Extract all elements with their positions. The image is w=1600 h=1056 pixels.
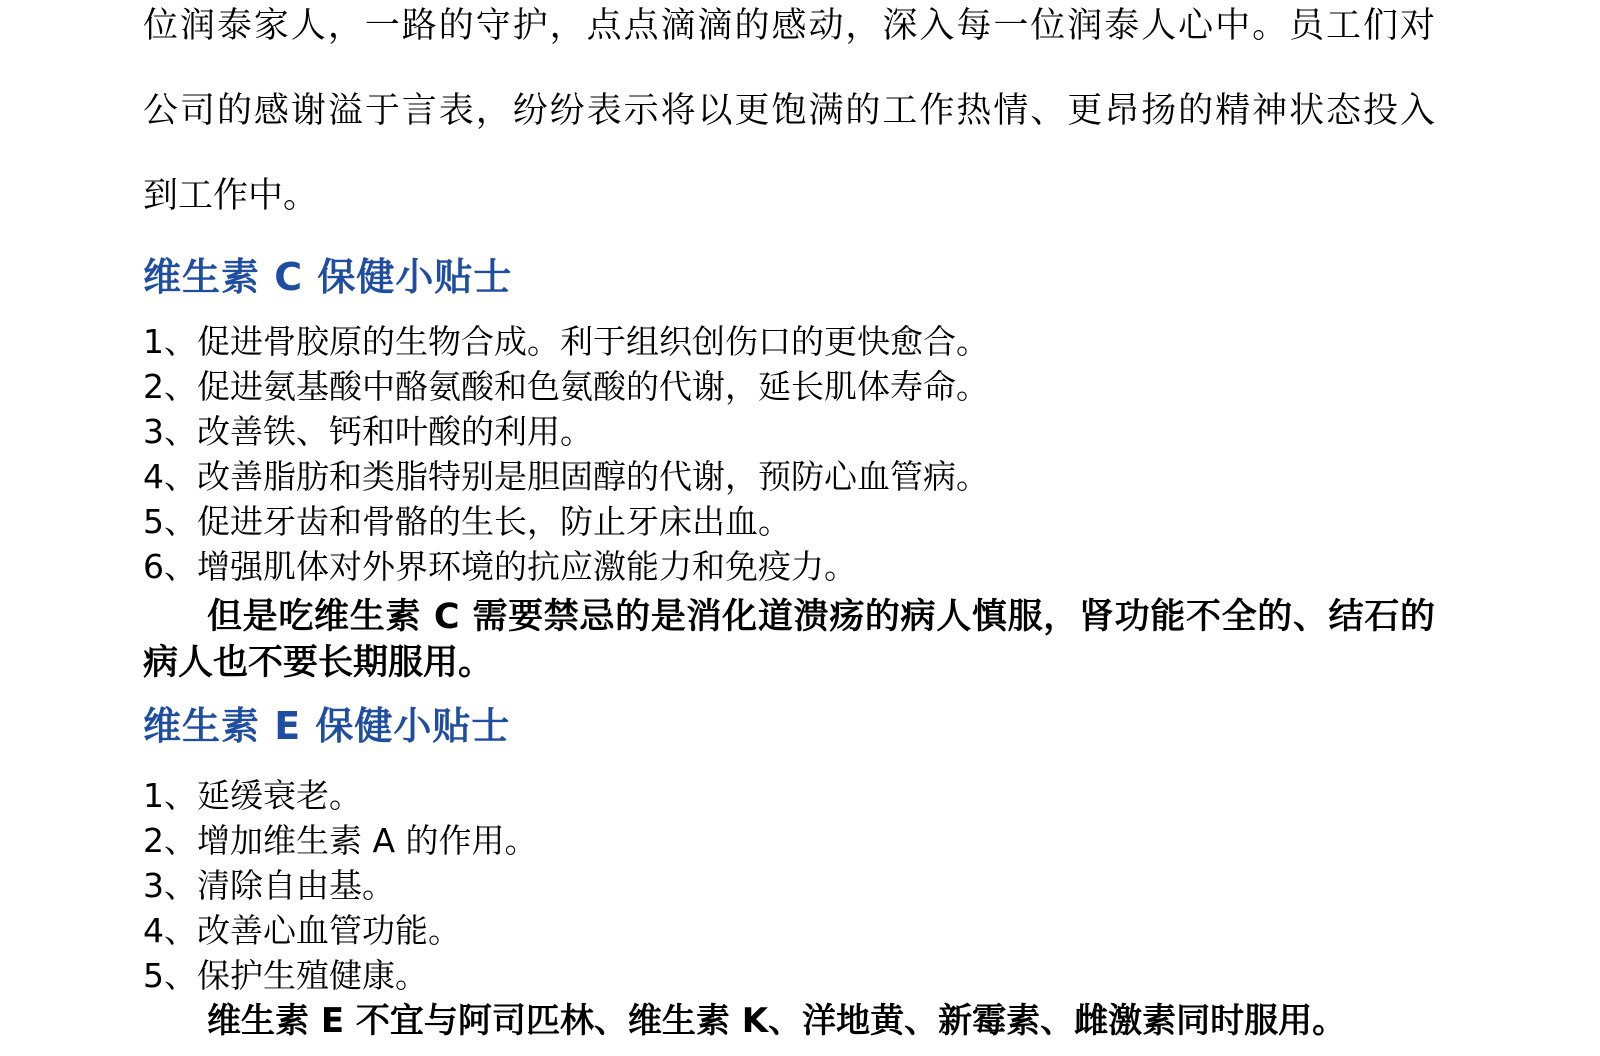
vitamin-e-tip-list: 1、延缓衰老。 2、增加维生素 A 的作用。 3、清除自由基。 4、改善心血管功… [143,773,1435,998]
document-page: 位润泰家人，一路的守护，点点滴滴的感动，深入每一位润泰人心中。员工们对 公司的感… [0,0,1600,1044]
list-item: 4、改善心血管功能。 [143,908,1435,953]
vitamin-e-warning: 维生素 E 不宜与阿司匹林、维生素 K、洋地黄、新霉素、雌激素同时服用。 [143,998,1435,1044]
list-item: 1、延缓衰老。 [143,773,1435,818]
section-heading-vitamin-e: 维生素 E 保健小贴士 [143,702,1435,750]
list-item: 3、改善铁、钙和叶酸的利用。 [143,409,1435,454]
list-item: 3、清除自由基。 [143,863,1435,908]
vitamin-c-tip-list: 1、促进骨胶原的生物合成。利于组织创伤口的更快愈合。 2、促进氨基酸中酪氨酸和色… [143,319,1435,589]
intro-line: 公司的感谢溢于言表，纷纷表示将以更饱满的工作热情、更昂扬的精神状态投入 [143,69,1435,154]
intro-line: 到工作中。 [143,154,1435,239]
list-item: 2、促进氨基酸中酪氨酸和色氨酸的代谢，延长肌体寿命。 [143,364,1435,409]
list-item: 1、促进骨胶原的生物合成。利于组织创伤口的更快愈合。 [143,319,1435,364]
intro-paragraph: 位润泰家人，一路的守护，点点滴滴的感动，深入每一位润泰人心中。员工们对 公司的感… [143,0,1435,239]
list-item: 5、促进牙齿和骨骼的生长，防止牙床出血。 [143,499,1435,544]
list-item: 2、增加维生素 A 的作用。 [143,818,1435,863]
list-item: 5、保护生殖健康。 [143,953,1435,998]
list-item: 6、增强肌体对外界环境的抗应激能力和免疫力。 [143,544,1435,589]
intro-line: 位润泰家人，一路的守护，点点滴滴的感动，深入每一位润泰人心中。员工们对 [143,0,1435,69]
vitamin-c-warning: 但是吃维生素 C 需要禁忌的是消化道溃疡的病人慎服，肾功能不全的、结石的病人也不… [143,594,1435,686]
list-item: 4、改善脂肪和类脂特别是胆固醇的代谢，预防心血管病。 [143,454,1435,499]
section-heading-vitamin-c: 维生素 C 保健小贴士 [143,253,1435,301]
